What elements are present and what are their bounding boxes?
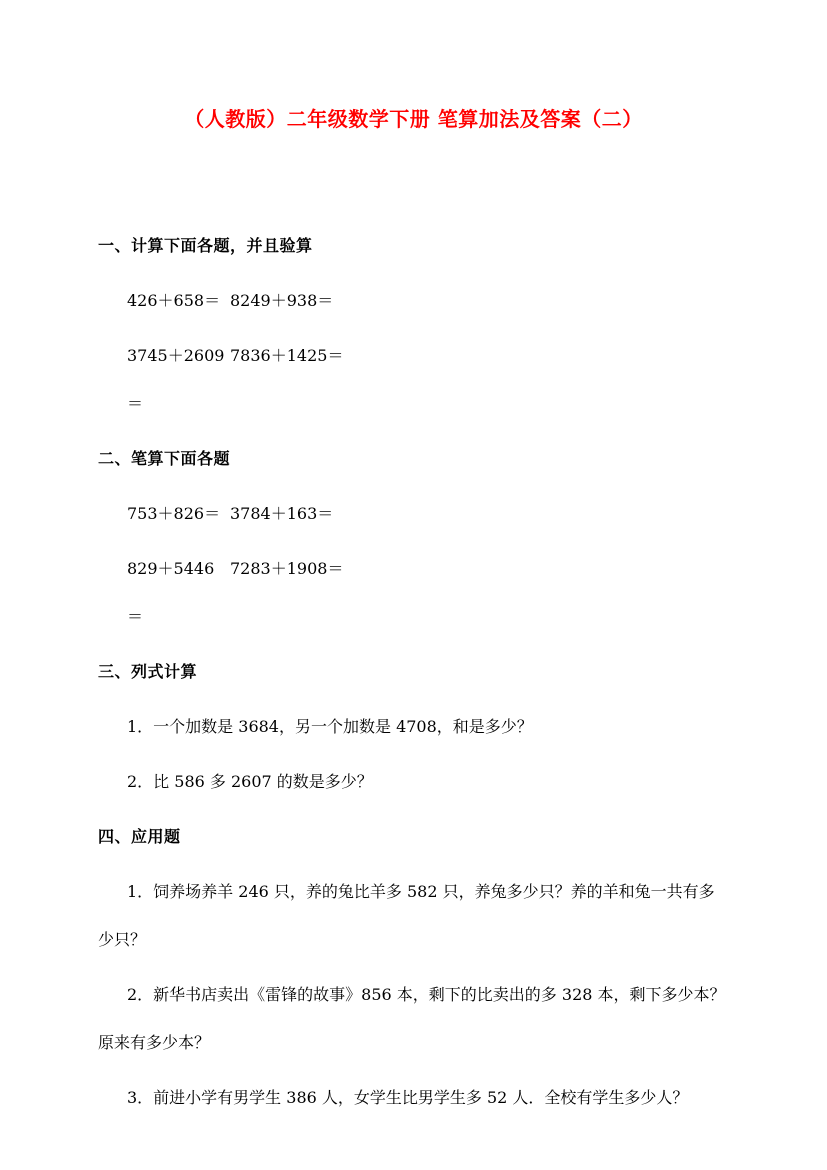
problem-item: 2．新华书店卖出《雷锋的故事》856 本，剩下的比卖出的多 328 本，剩下多少…	[98, 971, 729, 1067]
section-3-heading: 三、列式计算	[98, 648, 729, 696]
equation-row: 829＋5446＝ 7283＋1908＝	[98, 545, 729, 641]
problem-item: 2．比 586 多 2607 的数是多少？	[98, 758, 729, 806]
equation: 753＋826＝	[127, 490, 230, 538]
equation: 7836＋1425＝	[230, 332, 343, 428]
problem-item: 3．前进小学有男学生 386 人，女学生比男学生多 52 人．全校有学生多少人？	[98, 1074, 729, 1122]
equation: 8249＋938＝	[230, 277, 333, 325]
equation-row: 426＋658＝ 8249＋938＝	[98, 277, 729, 325]
equation: 426＋658＝	[127, 277, 230, 325]
section-2-heading: 二、笔算下面各题	[98, 435, 729, 483]
document-title: （人教版）二年级数学下册 笔算加法及答案（二）	[98, 0, 729, 134]
equation: 829＋5446＝	[127, 545, 230, 641]
equation: 3784＋163＝	[230, 490, 333, 538]
equation: 7283＋1908＝	[230, 545, 343, 641]
problem-item: 1．一个加数是 3684，另一个加数是 4708，和是多少？	[98, 703, 729, 751]
equation-row: 3745＋2609＝ 7836＋1425＝	[98, 332, 729, 428]
equation-row: 753＋826＝ 3784＋163＝	[98, 490, 729, 538]
problem-item: 1．饲养场养羊 246 只，养的兔比羊多 582 只，养兔多少只？养的羊和兔一共…	[98, 868, 729, 964]
section-1-heading: 一、计算下面各题，并且验算	[98, 222, 729, 270]
section-4-heading: 四、应用题	[98, 813, 729, 861]
document-body: （人教版）二年级数学下册 笔算加法及答案（二） 一、计算下面各题，并且验算 42…	[0, 0, 827, 1122]
worksheet-page: （人教版）二年级数学下册 笔算加法及答案（二） 一、计算下面各题，并且验算 42…	[0, 0, 827, 1170]
equation: 3745＋2609＝	[127, 332, 230, 428]
